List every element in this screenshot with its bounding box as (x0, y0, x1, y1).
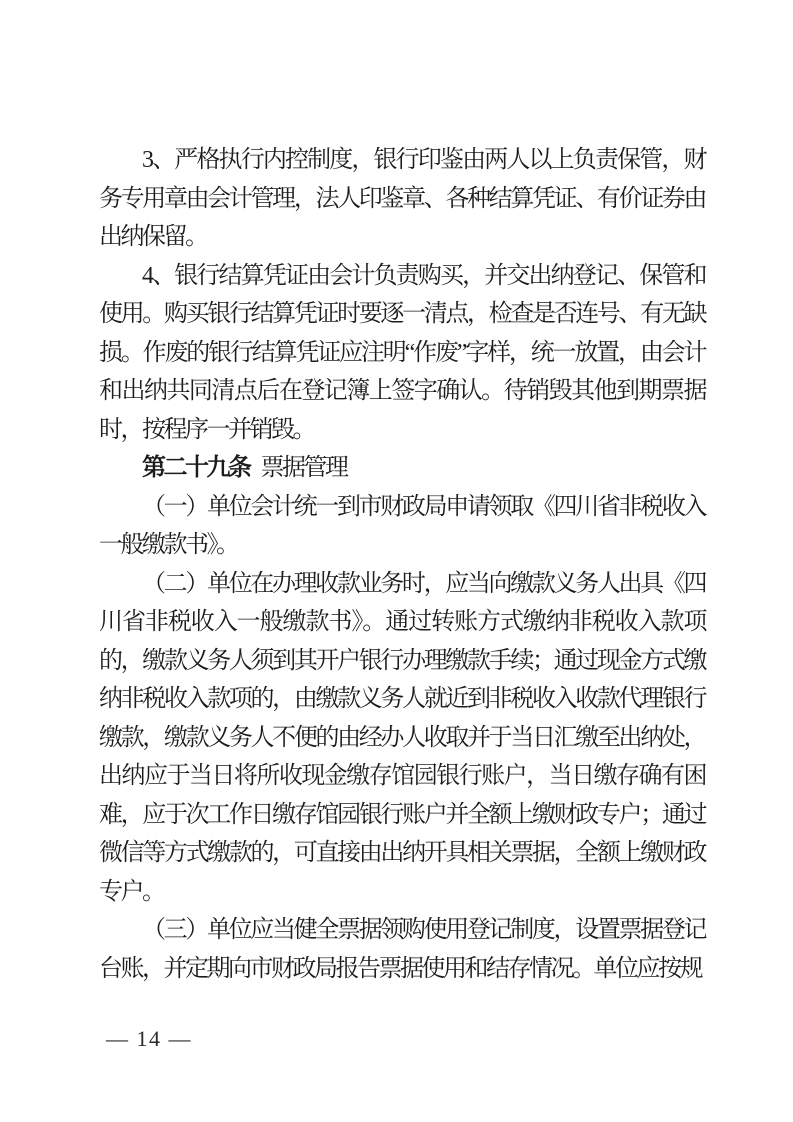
paragraph-item-2: （二）单位在办理收款业务时，应当向缴款义务人出具《四川省非税收入一般缴款书》。通… (99, 565, 705, 912)
document-body: 3、严格执行内控制度，银行印鉴由两人以上负责保管，财务专用章由会计管理，法人印鉴… (99, 141, 705, 988)
document-page: 3、严格执行内控制度，银行印鉴由两人以上负责保管，财务专用章由会计管理，法人印鉴… (0, 0, 793, 1122)
paragraph-item-3: （三）单位应当健全票据领购使用登记制度，设置票据登记台账，并定期向市财政局报告票… (99, 911, 705, 988)
article-29-heading: 第二十九条票据管理 (99, 449, 705, 488)
article-number: 第二十九条 (142, 455, 250, 481)
paragraph-internal-control-rule-3: 3、严格执行内控制度，银行印鉴由两人以上负责保管，财务专用章由会计管理，法人印鉴… (99, 141, 705, 257)
page-number: — 14 — (106, 1026, 192, 1051)
paragraph-settlement-voucher-rule-4: 4、银行结算凭证由会计负责购买，并交出纳登记、保管和使用。购买银行结算凭证时要逐… (99, 257, 705, 450)
article-title: 票据管理 (250, 455, 347, 481)
page-footer: — 14 — (106, 1026, 192, 1052)
paragraph-item-1: （一）单位会计统一到市财政局申请领取《四川省非税收入一般缴款书》。 (99, 488, 705, 565)
